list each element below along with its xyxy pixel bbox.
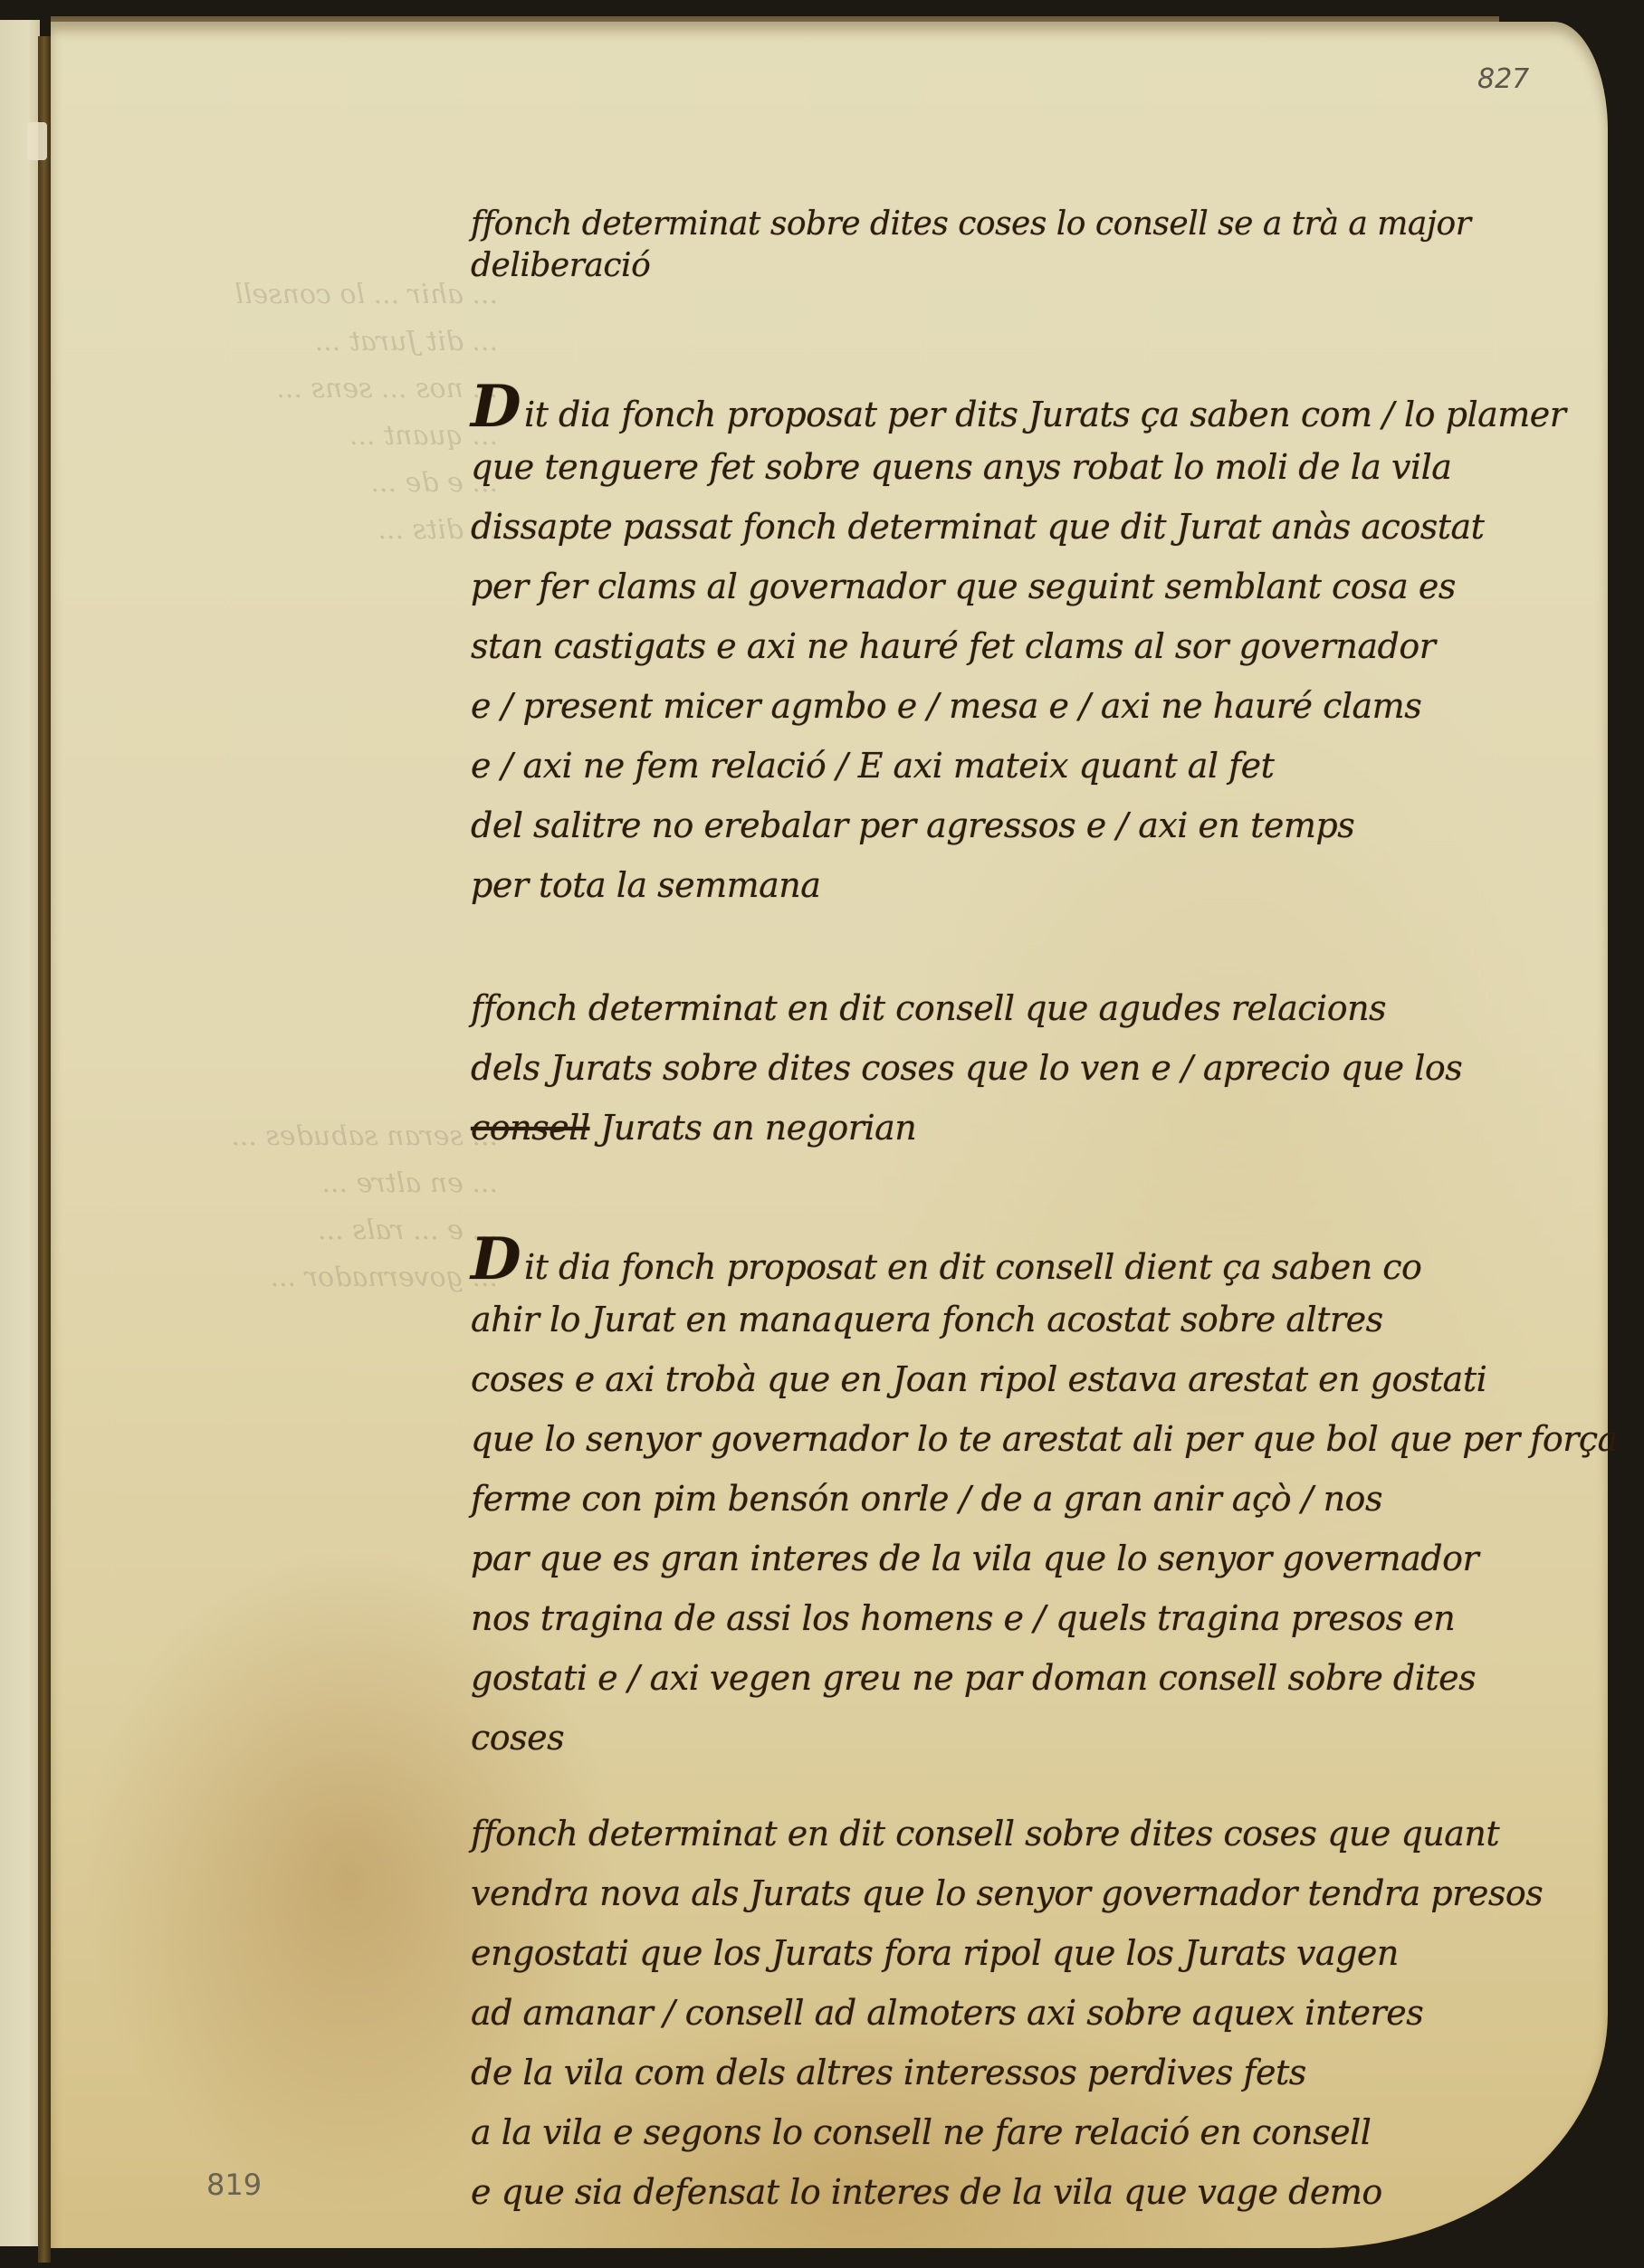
entry-paragraph-1: Dit dia fonch proposat per dits Jurats ç… <box>471 377 1602 915</box>
text-line: Dit dia fonch proposat per dits Jurats ç… <box>471 377 1602 437</box>
bleed-through-upper: ... ahir ... lo consell ... dit Jurat ..… <box>172 272 498 554</box>
bleed-line: ... quant ... <box>172 413 498 460</box>
entry-paragraph-3: Dit dia fonch proposat en dit consell di… <box>471 1230 1602 1768</box>
drop-initial: D <box>471 1225 521 1293</box>
entry-paragraph-4: ffonch determinat en dit consell sobre d… <box>471 1804 1602 2222</box>
text-line: ferme con pim bensón onrle / de a gran a… <box>471 1469 1602 1529</box>
left-facing-leaf <box>0 20 40 2246</box>
text-line: per tota la semmana <box>471 855 1602 915</box>
manuscript-text: ffonch determinat sobre dites coses lo c… <box>471 204 1602 2222</box>
text-line: deliberació <box>471 245 1602 287</box>
text-line: de la vila com dels altres interessos pe… <box>471 2043 1602 2102</box>
bleed-line: ... dits ... <box>172 507 498 554</box>
archive-number: 819 <box>206 2168 262 2202</box>
text-line: consell Jurats an negorian <box>471 1098 1602 1158</box>
text-line: que lo senyor governador lo te arestat a… <box>471 1409 1602 1469</box>
text-line: e / axi ne fem relació / E axi mateix qu… <box>471 736 1602 796</box>
text-line: Dit dia fonch proposat en dit consell di… <box>471 1230 1602 1290</box>
bleed-line: ... e ... rals ... <box>172 1207 498 1254</box>
text-line: ahir lo Jurat en manaquera fonch acostat… <box>471 1290 1602 1349</box>
bleed-line: ... nos ... sens ... <box>172 366 498 413</box>
drop-initial: D <box>471 373 521 441</box>
text-line: del salitre no erebalar per agressos e /… <box>471 796 1602 855</box>
bleed-line: ... ahir ... lo consell <box>172 272 498 319</box>
line-text: Jurats an negorian <box>600 1108 916 1148</box>
text-line: que tenguere fet sobre quens anys robat … <box>471 437 1602 497</box>
line-text: it dia fonch proposat en dit consell die… <box>524 1247 1421 1287</box>
entry-paragraph-2: ffonch determinat en dit consell que agu… <box>471 978 1602 1158</box>
text-line: ffonch determinat sobre dites coses lo c… <box>471 204 1602 245</box>
text-line: e que sia defensat lo interes de la vila… <box>471 2162 1602 2222</box>
bleed-through-lower: ... seran sabudes ... ... en altre ... .… <box>172 1113 498 1301</box>
text-line: ffonch determinat en dit consell sobre d… <box>471 1804 1602 1863</box>
bleed-line: ... governador ... <box>172 1254 498 1301</box>
line-text: it dia fonch proposat per dits Jurats ça… <box>524 395 1565 434</box>
text-line: dissapte passat fonch determinat que dit… <box>471 497 1602 557</box>
bleed-line: ... dit Jurat ... <box>172 319 498 366</box>
bleed-line: ... e de ... <box>172 460 498 507</box>
text-line: nos tragina de assi los homens e / quels… <box>471 1588 1602 1648</box>
text-line: per fer clams al governador que seguint … <box>471 557 1602 616</box>
entry-heading-1: ffonch determinat sobre dites coses lo c… <box>471 204 1602 287</box>
binding-gutter <box>38 36 51 2263</box>
text-line: coses <box>471 1708 1602 1768</box>
folio-number: 827 <box>1477 63 1529 95</box>
binding-tab-scrap <box>27 122 47 160</box>
text-line: e / present micer agmbo e / mesa e / axi… <box>471 676 1602 736</box>
text-line: coses e axi trobà que en Joan ripol esta… <box>471 1349 1602 1409</box>
text-line: dels Jurats sobre dites coses que lo ven… <box>471 1038 1602 1098</box>
text-line: gostati e / axi vegen greu ne par doman … <box>471 1648 1602 1708</box>
text-line: a la vila e segons lo consell ne fare re… <box>471 2102 1602 2162</box>
bleed-line: ... seran sabudes ... <box>172 1113 498 1160</box>
text-line: par que es gran interes de la vila que l… <box>471 1529 1602 1588</box>
text-line: ad amanar / consell ad almoters axi sobr… <box>471 1983 1602 2043</box>
text-line: ffonch determinat en dit consell que agu… <box>471 978 1602 1038</box>
struck-word: consell <box>471 1108 589 1148</box>
text-line: engostati que los Jurats fora ripol que … <box>471 1923 1602 1983</box>
text-line: vendra nova als Jurats que lo senyor gov… <box>471 1863 1602 1923</box>
bleed-line: ... en altre ... <box>172 1160 498 1207</box>
text-line: stan castigats e axi ne hauré fet clams … <box>471 616 1602 676</box>
